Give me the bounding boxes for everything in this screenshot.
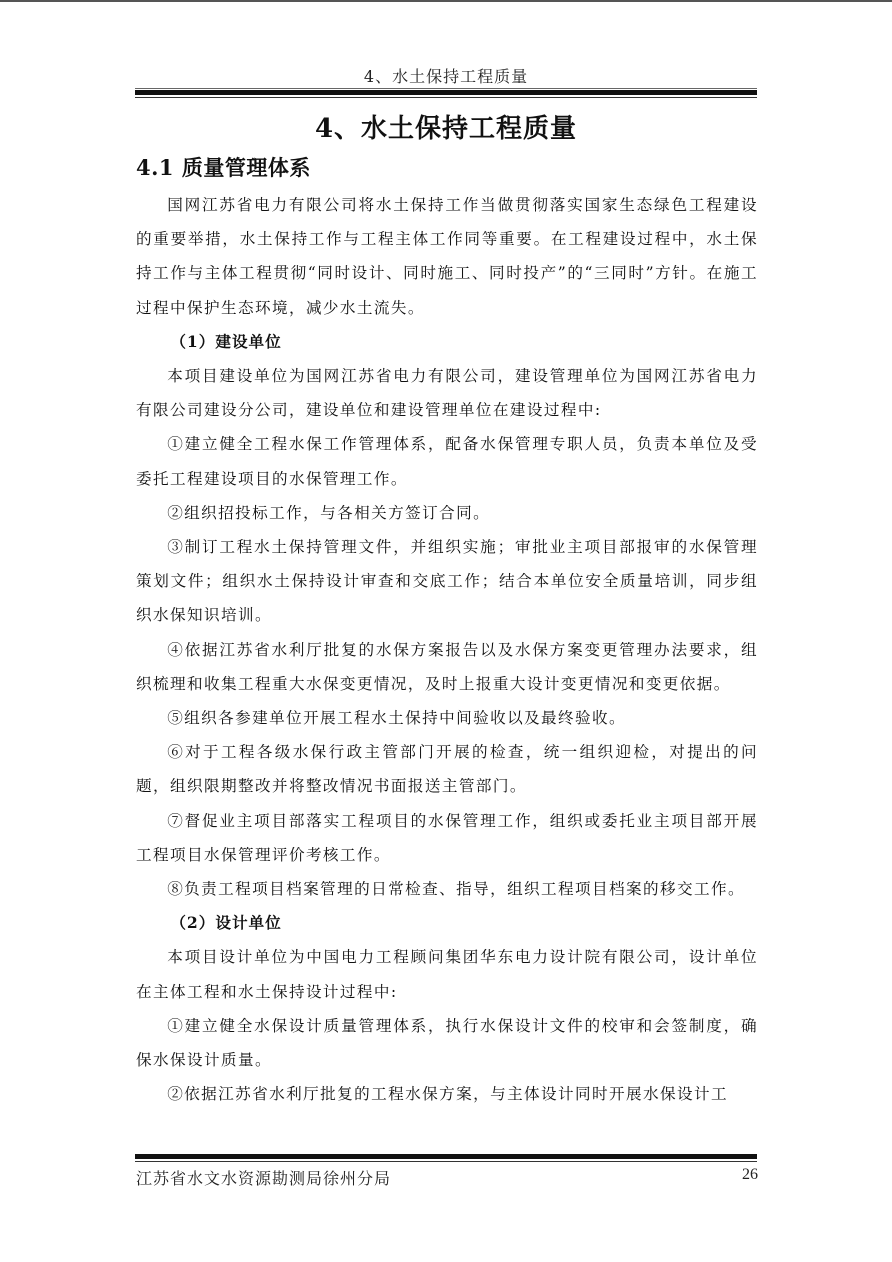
section-title: 4.1 质量管理体系: [136, 152, 311, 182]
footer-rule-thin: [135, 1161, 757, 1162]
paragraph: 本项目设计单位为中国电力工程顾问集团华东电力设计院有限公司，设计单位在主体工程和…: [136, 940, 758, 1008]
list-item: ②依据江苏省水利厅批复的工程水保方案，与主体设计同时开展水保设计工: [136, 1077, 758, 1111]
list-item: ①建立健全工程水保工作管理体系，配备水保管理专职人员，负责本单位及受委托工程建设…: [136, 427, 758, 495]
page-top-edge: [0, 0, 892, 2]
list-item: ⑤组织各参建单位开展工程水土保持中间验收以及最终验收。: [136, 701, 758, 735]
header-rule-thick: [135, 90, 757, 95]
chapter-title: 4、水土保持工程质量: [135, 108, 757, 145]
header-rule-thin-top: [135, 88, 757, 89]
list-item: ④依据江苏省水利厅批复的水保方案报告以及水保方案变更管理办法要求，组织梳理和收集…: [136, 633, 758, 701]
header-rule-thin-bottom: [135, 97, 757, 98]
paragraph: 本项目建设单位为国网江苏省电力有限公司，建设管理单位为国网江苏省电力有限公司建设…: [136, 359, 758, 427]
subheading-construction-unit: （1）建设单位: [136, 325, 758, 359]
list-item: ③制订工程水土保持管理文件，并组织实施；审批业主项目部报审的水保管理策划文件；组…: [136, 530, 758, 633]
footer-rule-thick: [135, 1154, 757, 1159]
paragraph-intro: 国网江苏省电力有限公司将水土保持工作当做贯彻落实国家生态绿色工程建设的重要举措，…: [136, 188, 758, 325]
document-body: 国网江苏省电力有限公司将水土保持工作当做贯彻落实国家生态绿色工程建设的重要举措，…: [136, 188, 758, 1111]
list-item: ⑥对于工程各级水保行政主管部门开展的检查，统一组织迎检，对提出的问题，组织限期整…: [136, 735, 758, 803]
list-item: ⑦督促业主项目部落实工程项目的水保管理工作，组织或委托业主项目部开展工程项目水保…: [136, 804, 758, 872]
subheading-design-unit: （2）设计单位: [136, 906, 758, 940]
page-number: 26: [742, 1166, 758, 1184]
list-item: ②组织招投标工作，与各相关方签订合同。: [136, 496, 758, 530]
list-item: ⑧负责工程项目档案管理的日常检查、指导，组织工程项目档案的移交工作。: [136, 872, 758, 906]
footer-organization: 江苏省水文水资源勘测局徐州分局: [136, 1166, 391, 1189]
list-item: ①建立健全水保设计质量管理体系，执行水保设计文件的校审和会签制度，确保水保设计质…: [136, 1009, 758, 1077]
running-header: 4、水土保持工程质量: [135, 64, 757, 87]
